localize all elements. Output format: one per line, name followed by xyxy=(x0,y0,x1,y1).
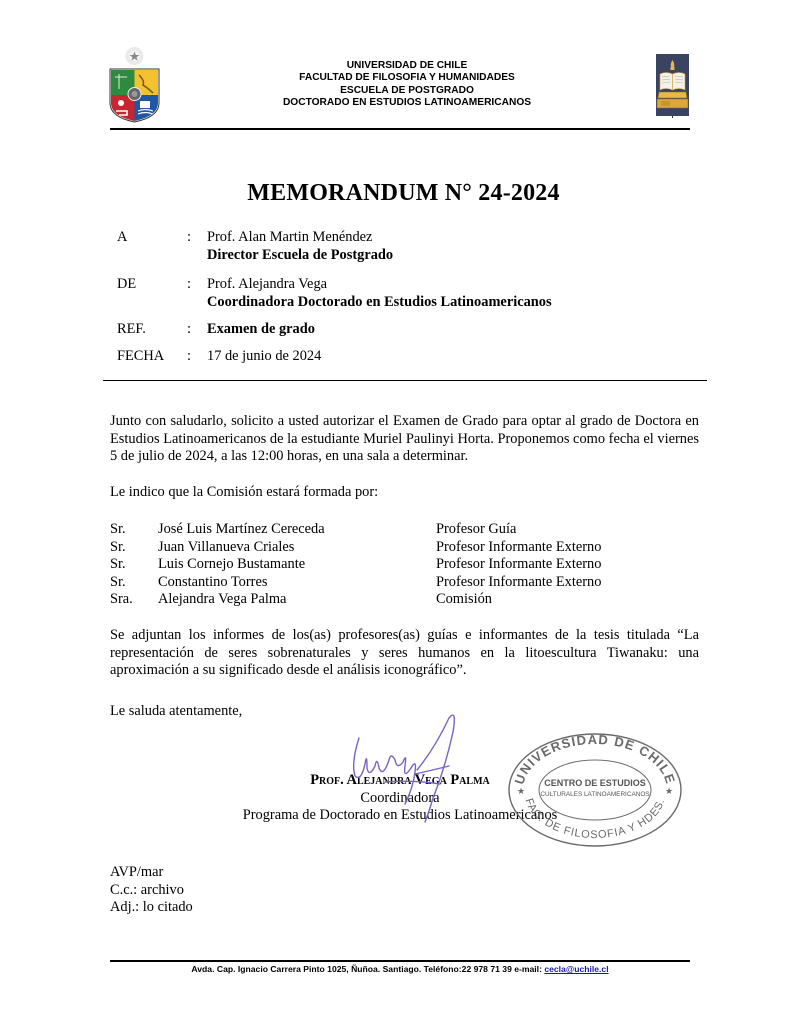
open-book-emblem-icon xyxy=(656,54,689,118)
header-line-university: UNIVERSIDAD DE CHILE xyxy=(200,60,614,72)
meta-label: FECHA xyxy=(117,348,177,366)
body-paragraph-attachments: Se adjuntan los informes de los(as) prof… xyxy=(110,627,699,680)
member-name: Juan Villanueva Criales xyxy=(158,539,294,557)
meta-value: Prof. Alan Martin Menéndez Director Escu… xyxy=(207,229,393,264)
signoff: Le saluda atentamente, xyxy=(110,703,242,720)
institutional-stamp-icon: UNIVERSIDAD DE CHILE FAC. DE FILOSOFIA Y… xyxy=(505,728,685,848)
sender-position: Coordinadora Doctorado en Estudios Latin… xyxy=(207,294,552,310)
footer-divider xyxy=(110,960,690,962)
body-paragraph-committee-intro: Le indico que la Comisión estará formada… xyxy=(110,484,699,502)
header-divider xyxy=(110,128,690,130)
stamp-star-left: ★ xyxy=(517,786,525,796)
institution-header: UNIVERSIDAD DE CHILE FACULTAD DE FILOSOF… xyxy=(200,60,614,110)
meta-colon: : xyxy=(187,229,191,247)
member-role: Comisión xyxy=(436,591,492,609)
member-title: Sra. xyxy=(110,591,133,609)
meta-colon: : xyxy=(187,321,191,339)
header-line-school: ESCUELA DE POSTGRADO xyxy=(200,85,614,97)
member-role: Profesor Informante Externo xyxy=(436,556,601,574)
header-line-program: DOCTORADO EN ESTUDIOS LATINOAMERICANOS xyxy=(200,97,614,109)
member-name: José Luis Martínez Cereceda xyxy=(158,521,325,539)
handwritten-signature-icon xyxy=(345,708,475,828)
universidad-de-chile-crest-icon xyxy=(107,45,162,123)
stamp-inner-line-1: CENTRO DE ESTUDIOS xyxy=(544,778,646,788)
footer-address: Avda. Cap. Ignacio Carrera Pinto 1025, Ñ… xyxy=(191,964,544,974)
memo-title: MEMORANDUM N° 24-2024 xyxy=(100,180,707,207)
meta-value: Prof. Alejandra Vega Coordinadora Doctor… xyxy=(207,276,552,311)
meta-label: DE xyxy=(117,276,177,294)
meta-label: A xyxy=(117,229,177,247)
recipient-position: Director Escuela de Postgrado xyxy=(207,247,393,263)
meta-value: Examen de grado xyxy=(207,321,315,339)
sender-name: Prof. Alejandra Vega xyxy=(207,276,327,292)
member-role: Profesor Guía xyxy=(436,521,516,539)
meta-colon: : xyxy=(187,276,191,294)
member-name: Alejandra Vega Palma xyxy=(158,591,286,609)
document-references: AVP/mar C.c.: archivo Adj.: lo citado xyxy=(110,864,193,917)
member-title: Sr. xyxy=(110,539,126,557)
member-name: Luis Cornejo Bustamante xyxy=(158,556,305,574)
member-title: Sr. xyxy=(110,574,126,592)
member-title: Sr. xyxy=(110,556,126,574)
meta-divider xyxy=(103,380,707,381)
stamp-inner-line-2: CULTURALES LATINOAMERICANOS xyxy=(540,791,649,798)
member-role: Profesor Informante Externo xyxy=(436,539,601,557)
attachment-reference: Adj.: lo citado xyxy=(110,899,193,917)
header-line-faculty: FACULTAD DE FILOSOFIA Y HUMANIDADES xyxy=(200,72,614,84)
member-name: Constantino Torres xyxy=(158,574,267,592)
recipient-name: Prof. Alan Martin Menéndez xyxy=(207,229,372,245)
meta-label: REF. xyxy=(117,321,177,339)
reference-subject: Examen de grado xyxy=(207,321,315,337)
footer-email-link[interactable]: cecla@uchile.cl xyxy=(544,964,608,974)
footer-contact: Avda. Cap. Ignacio Carrera Pinto 1025, Ñ… xyxy=(110,964,690,974)
stamp-star-right: ★ xyxy=(665,786,673,796)
copy-reference: C.c.: archivo xyxy=(110,882,193,900)
body-paragraph-request: Junto con saludarlo, solicito a usted au… xyxy=(110,413,699,466)
meta-colon: : xyxy=(187,348,191,366)
member-title: Sr. xyxy=(110,521,126,539)
initials-reference: AVP/mar xyxy=(110,864,193,882)
memo-date: 17 de junio de 2024 xyxy=(207,348,321,366)
member-role: Profesor Informante Externo xyxy=(436,574,601,592)
